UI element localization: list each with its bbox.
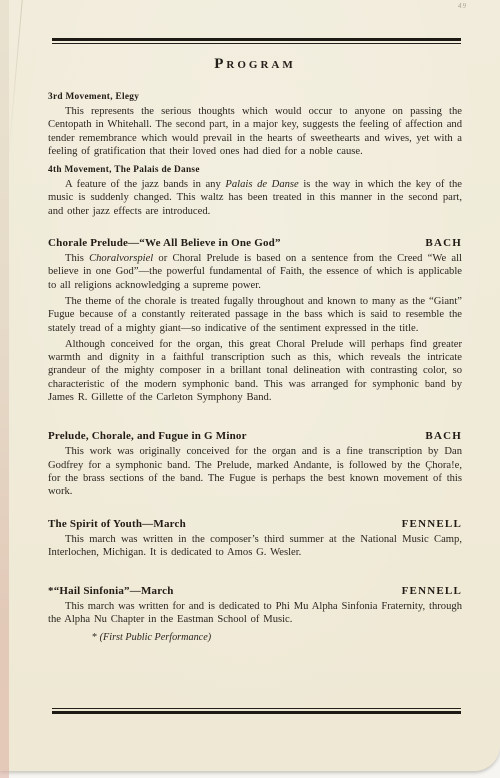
page-content: Program 3rd Movement, Elegy This represe… bbox=[0, 0, 500, 643]
page-title: Program bbox=[48, 56, 462, 73]
footnote-asterisk: * bbox=[92, 632, 97, 643]
work-paragraph: This march was written in the composer’s… bbox=[48, 533, 462, 560]
section-prelude-chorale-fugue: Prelude, Chorale, and Fugue in G Minor B… bbox=[48, 430, 462, 498]
movement-paragraph: This represents the serious thoughts whi… bbox=[48, 105, 462, 158]
movement-heading: 4th Movement, The Palais de Danse bbox=[48, 165, 462, 175]
work-title: Prelude, Chorale, and Fugue in G Minor bbox=[48, 430, 247, 442]
section-spirit-of-youth: The Spirit of Youth—March FENNELL This m… bbox=[48, 518, 462, 560]
bottom-double-rule bbox=[52, 708, 461, 714]
work-paragraph: Although conceived for the organ, this g… bbox=[48, 338, 462, 404]
section-3rd-movement: 3rd Movement, Elegy This represents the … bbox=[48, 92, 462, 158]
first-performance-footnote: * (First Public Performance) bbox=[92, 632, 462, 643]
program-page: 49 Program 3rd Movement, Elegy This repr… bbox=[0, 0, 500, 771]
footnote-text: (First Public Performance) bbox=[100, 632, 211, 643]
work-title: The Spirit of Youth—March bbox=[48, 518, 186, 530]
work-heading: Chorale Prelude—“We All Believe in One G… bbox=[48, 237, 462, 249]
movement-heading: 3rd Movement, Elegy bbox=[48, 92, 462, 102]
work-composer: BACH bbox=[425, 430, 462, 442]
work-paragraph: This work was originally conceived for t… bbox=[48, 445, 462, 498]
scanned-program-photo: 49 Program 3rd Movement, Elegy This repr… bbox=[0, 0, 500, 778]
work-title: Chorale Prelude—“We All Believe in One G… bbox=[48, 237, 281, 249]
section-chorale-prelude: Chorale Prelude—“We All Believe in One G… bbox=[48, 237, 462, 404]
work-heading: *“Hail Sinfonia”—March FENNELL bbox=[48, 585, 462, 597]
work-composer: FENNELL bbox=[402, 518, 462, 530]
work-paragraph: The theme of the chorale is treated fuga… bbox=[48, 295, 462, 335]
work-paragraph: This Choralvorspiel or Choral Prelude is… bbox=[48, 252, 462, 292]
section-hail-sinfonia: *“Hail Sinfonia”—March FENNELL This marc… bbox=[48, 585, 462, 643]
work-heading: Prelude, Chorale, and Fugue in G Minor B… bbox=[48, 430, 462, 442]
section-4th-movement: 4th Movement, The Palais de Danse A feat… bbox=[48, 165, 462, 218]
work-heading: The Spirit of Youth—March FENNELL bbox=[48, 518, 462, 530]
work-paragraph: This march was written for and is dedica… bbox=[48, 600, 462, 627]
work-composer: FENNELL bbox=[402, 585, 462, 597]
work-title: *“Hail Sinfonia”—March bbox=[48, 585, 174, 597]
movement-paragraph: A feature of the jazz bands in any Palai… bbox=[48, 178, 462, 218]
work-composer: BACH bbox=[425, 237, 462, 249]
